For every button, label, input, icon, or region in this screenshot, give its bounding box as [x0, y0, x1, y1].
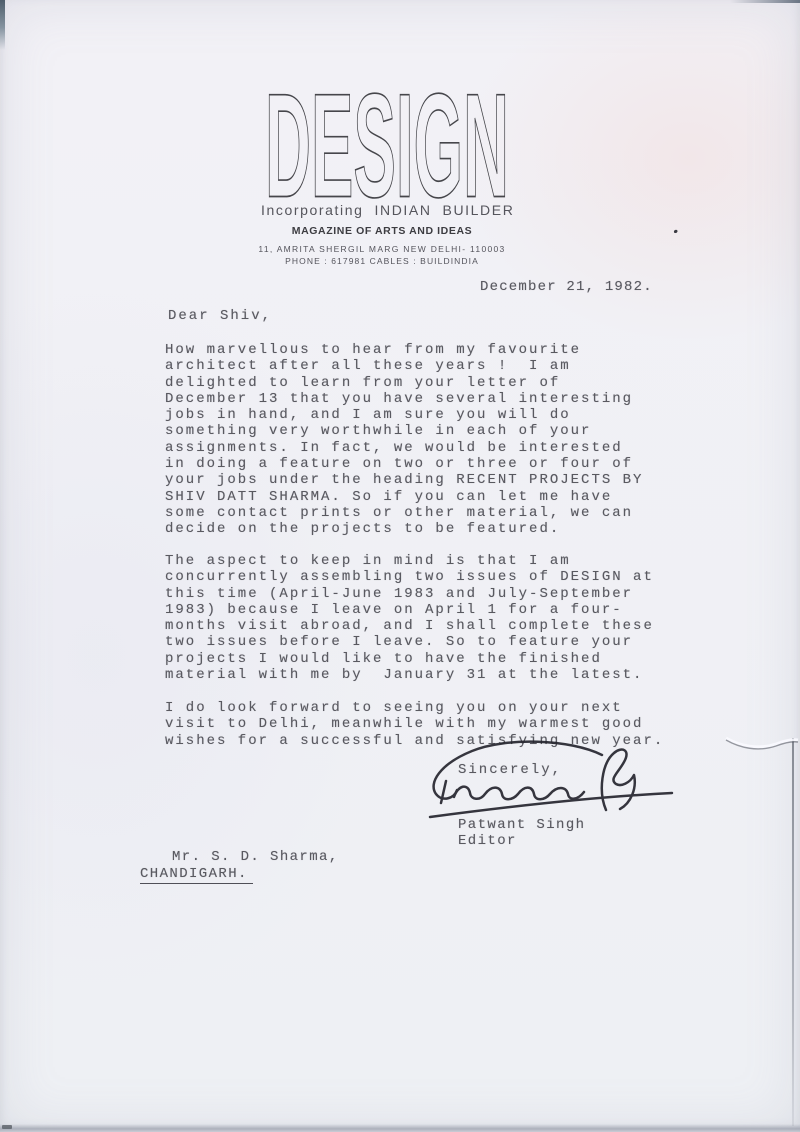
letter-paragraph-2: The aspect to keep in mind is that I amc… [165, 553, 654, 683]
scan-edge-top-left [0, 0, 5, 50]
signature-strokes [410, 733, 685, 828]
letterhead-subtitle: MAGAZINE OF ARTS AND IDEAS [162, 225, 602, 237]
signature-title: Editor [458, 833, 517, 849]
letterhead-address: 11, AMRITA SHERGIL MARG NEW DELHI- 11000… [162, 244, 602, 254]
scanned-letter-page: DESIGN Incorporating INDIAN BUILDER MAGA… [0, 0, 800, 1132]
scan-speck-bottom-left [2, 1125, 12, 1129]
letter-date: December 21, 1982. [480, 279, 653, 295]
letterhead-phone: PHONE : 617981 CABLES : BUILDINDIA [162, 256, 602, 266]
letter-salutation: Dear Shiv, [168, 308, 272, 324]
recipient-city: CHANDIGARH. [140, 866, 253, 882]
design-logo-svg: DESIGN [262, 84, 512, 200]
recipient-name: Mr. S. D. Sharma, [172, 849, 339, 865]
design-logo: DESIGN [262, 84, 512, 200]
design-logo-text: DESIGN [265, 84, 509, 200]
ink-speck [670, 226, 682, 237]
paper-right-edge-line [792, 738, 794, 1126]
letterhead-tagline: Incorporating INDIAN BUILDER [261, 202, 521, 218]
signature-name: Patwant Singh [458, 817, 585, 833]
paper-tear-svg [720, 728, 800, 754]
scan-edge-top-right [730, 0, 800, 3]
paper-tear-mark [720, 728, 800, 759]
recipient-city-underlined: CHANDIGARH. [140, 866, 253, 884]
scan-edge-bottom [0, 1124, 800, 1132]
letter-paragraph-1: How marvellous to hear from my favourite… [165, 342, 643, 538]
